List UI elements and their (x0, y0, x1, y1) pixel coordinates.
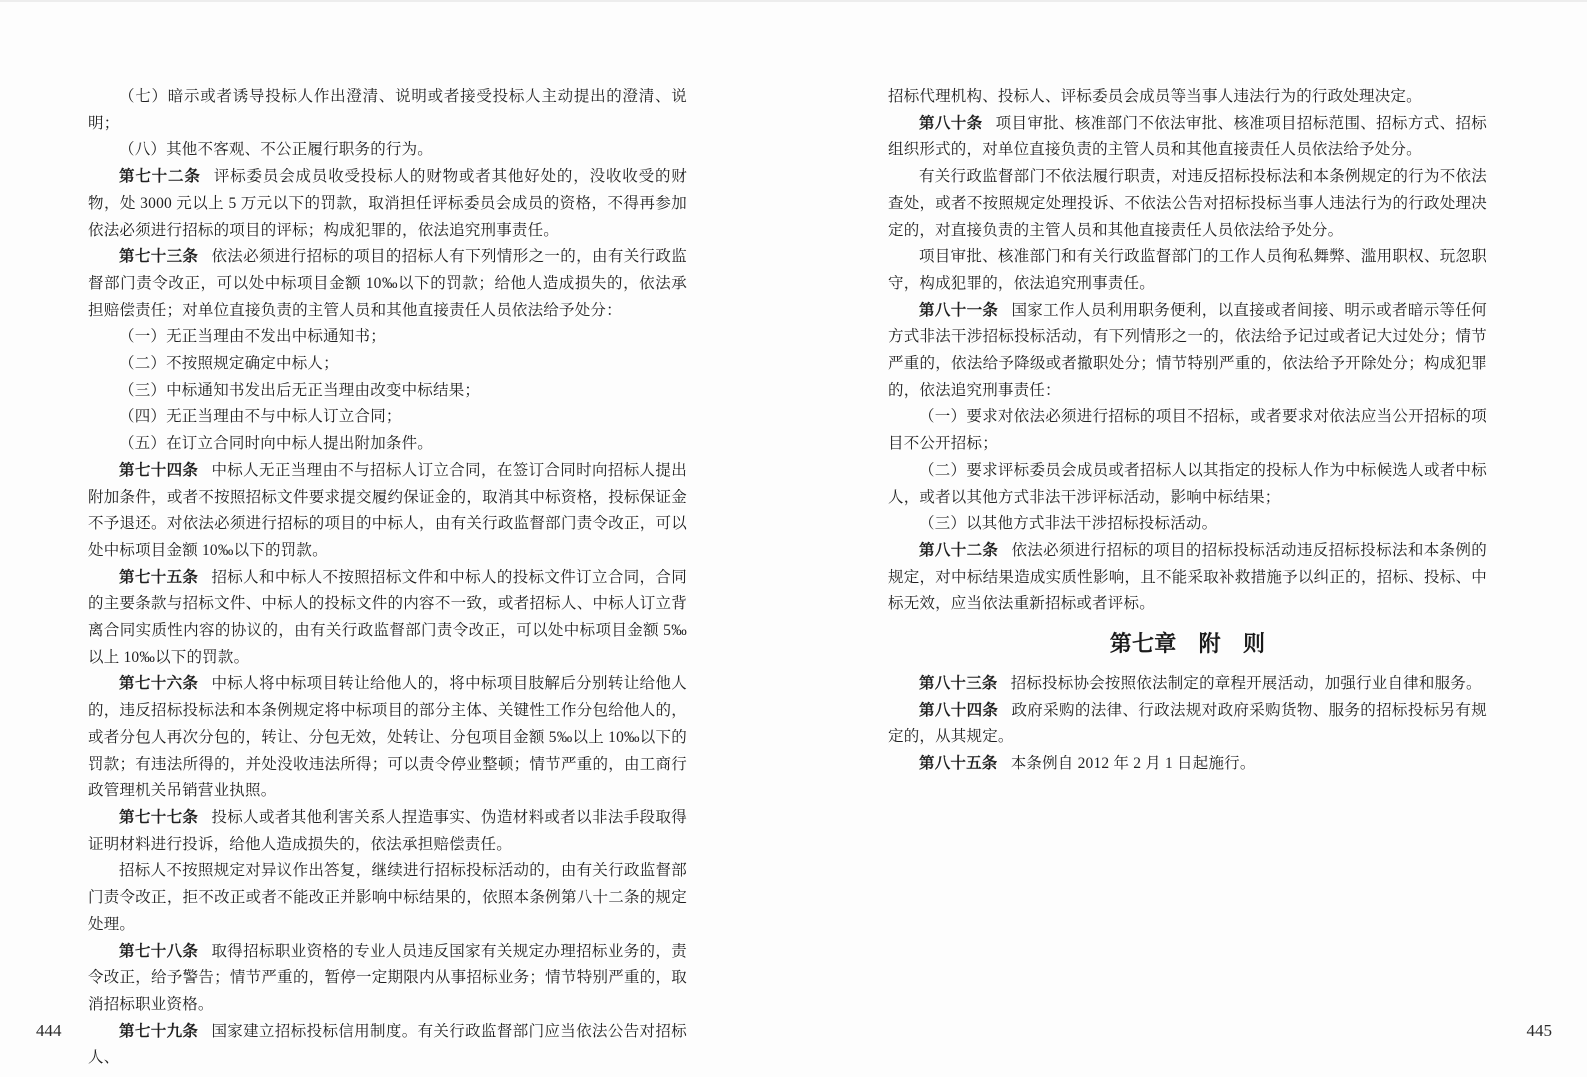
list-item: （一）要求对依法必须进行招标的项目不招标，或者要求对依法应当公开招标的项目不公开… (888, 404, 1487, 457)
article-paragraph: 第八十二条依法必须进行招标的项目的招标投标活动违反招标投标法和本条例的规定，对中… (888, 538, 1487, 618)
article-number: 第七十七条 (119, 809, 198, 826)
body-paragraph: 有关行政监督部门不依法履行职责，对违反招标投标法和本条例规定的行为不依法查处，或… (888, 164, 1487, 244)
list-item: （三）以其他方式非法干涉招标投标活动。 (888, 511, 1487, 538)
article-paragraph: 第七十五条招标人和中标人不按照招标文件和中标人的投标文件订立合同，合同的主要条款… (88, 565, 687, 672)
article-paragraph: 第八十三条招标投标协会按照依法制定的章程开展活动，加强行业自律和服务。 (888, 671, 1487, 698)
article-number: 第七十三条 (119, 248, 198, 265)
article-number: 第八十条 (919, 115, 982, 132)
article-number: 第七十五条 (119, 569, 198, 586)
list-item: （七）暗示或者诱导投标人作出澄清、说明或者接受投标人主动提出的澄清、说明； (88, 84, 687, 137)
article-paragraph: 第八十条项目审批、核准部门不依法审批、核准项目招标范围、招标方式、招标组织形式的… (888, 111, 1487, 164)
chapter-heading: 第七章 附 则 (888, 630, 1487, 658)
list-item: （三）中标通知书发出后无正当理由改变中标结果； (88, 378, 687, 405)
article-paragraph: 第七十二条评标委员会成员收受投标人的财物或者其他好处的，没收收受的财物，处 30… (88, 164, 687, 244)
page-number-left: 444 (36, 1022, 62, 1039)
list-item: （二）不按照规定确定中标人； (88, 351, 687, 378)
article-number: 第八十三条 (919, 675, 998, 692)
article-paragraph: 第七十九条国家建立招标投标信用制度。有关行政监督部门应当依法公告对招标人、 (88, 1019, 687, 1072)
page-right-text-column: 招标代理机构、投标人、评标委员会成员等当事人违法行为的行政处理决定。第八十条项目… (888, 84, 1487, 778)
article-number: 第八十五条 (919, 755, 998, 772)
article-number: 第七十六条 (119, 675, 198, 692)
article-number: 第七十四条 (119, 462, 198, 479)
article-paragraph: 第七十七条投标人或者其他利害关系人捏造事实、伪造材料或者以非法手段取得证明材料进… (88, 805, 687, 858)
list-item: （八）其他不客观、不公正履行职务的行为。 (88, 137, 687, 164)
list-item: （二）要求评标委员会成员或者招标人以其指定的投标人作为中标候选人或者中标人，或者… (888, 458, 1487, 511)
article-number: 第八十四条 (919, 702, 998, 719)
article-paragraph: 第八十四条政府采购的法律、行政法规对政府采购货物、服务的招标投标另有规定的，从其… (888, 698, 1487, 751)
list-item: （一）无正当理由不发出中标通知书； (88, 324, 687, 351)
body-paragraph: 项目审批、核准部门和有关行政监督部门的工作人员徇私舞弊、滥用职权、玩忽职守，构成… (888, 244, 1487, 297)
page-left-text-column: （七）暗示或者诱导投标人作出澄清、说明或者接受投标人主动提出的澄清、说明；（八）… (88, 84, 687, 1072)
continuation-paragraph: 招标代理机构、投标人、评标委员会成员等当事人违法行为的行政处理决定。 (888, 84, 1487, 111)
article-number: 第八十二条 (919, 542, 998, 559)
article-paragraph: 第七十三条依法必须进行招标的项目的招标人有下列情形之一的，由有关行政监督部门责令… (88, 244, 687, 324)
scan-edge (0, 0, 1587, 2)
book-spread: （七）暗示或者诱导投标人作出澄清、说明或者接受投标人主动提出的澄清、说明；（八）… (0, 0, 1587, 1077)
article-number: 第七十二条 (119, 168, 201, 185)
article-paragraph: 第八十五条本条例自 2012 年 2 月 1 日起施行。 (888, 751, 1487, 778)
article-number: 第七十九条 (119, 1023, 198, 1040)
article-paragraph: 第七十八条取得招标职业资格的专业人员违反国家有关规定办理招标业务的，责令改正，给… (88, 939, 687, 1019)
body-paragraph: 招标人不按照规定对异议作出答复，继续进行招标投标活动的，由有关行政监督部门责令改… (88, 858, 687, 938)
article-paragraph: 第八十一条国家工作人员利用职务便利，以直接或者间接、明示或者暗示等任何方式非法干… (888, 298, 1487, 405)
article-paragraph: 第七十四条中标人无正当理由不与招标人订立合同，在签订合同时向招标人提出附加条件，… (88, 458, 687, 565)
list-item: （五）在订立合同时向中标人提出附加条件。 (88, 431, 687, 458)
article-number: 第八十一条 (919, 302, 998, 319)
article-paragraph: 第七十六条中标人将中标项目转让给他人的，将中标项目肢解后分别转让给他人的，违反招… (88, 671, 687, 805)
page-number-right: 445 (1527, 1022, 1553, 1039)
article-number: 第七十八条 (119, 943, 198, 960)
list-item: （四）无正当理由不与中标人订立合同； (88, 404, 687, 431)
